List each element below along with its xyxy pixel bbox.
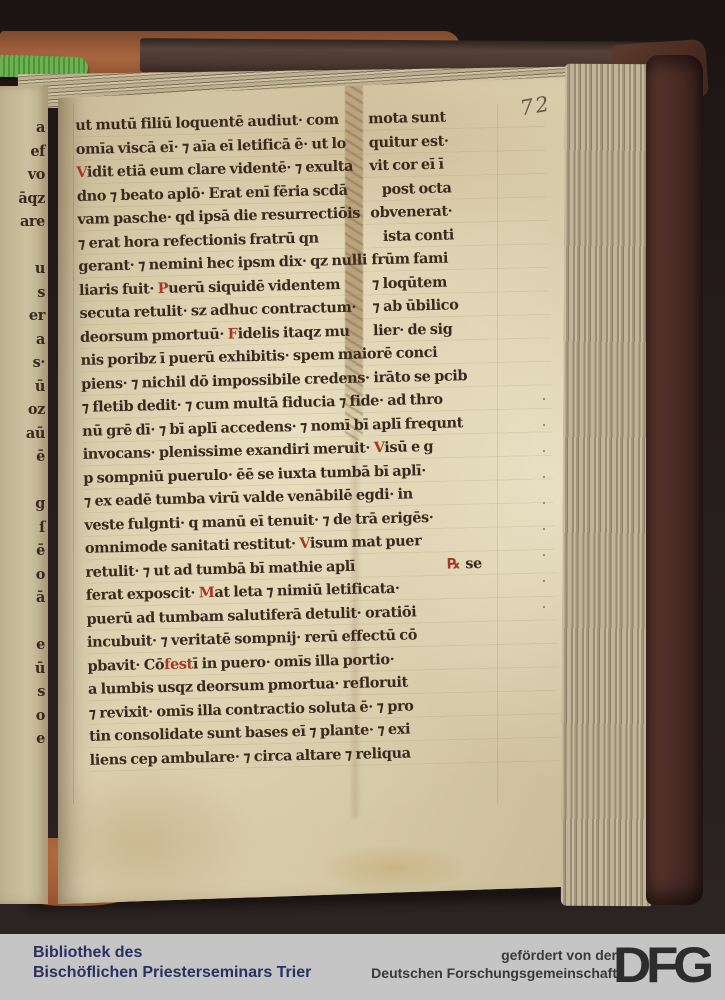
left-page-text-fragment: ſ [0, 516, 48, 540]
ink-text: liens cep ambulare· ⁊ circa altare ⁊ rel… [89, 744, 410, 768]
ink-text: vit cor eī ī [369, 153, 444, 178]
left-page-text-fragment [0, 610, 48, 634]
ink-text: deorsum pmortuū· [80, 325, 228, 345]
ink-text: ferat exposcit· [86, 584, 199, 604]
rubricated-text: F [227, 325, 237, 342]
ink-text: pbavit· Cō [87, 656, 164, 675]
left-page-sliver: aefvoāqzareuseras·ūozaūēgſēoāeūsoe [0, 86, 48, 904]
manuscript-page: 72 ut mutū filiū loquentē audiut· commot… [58, 68, 598, 910]
left-margin-ruling [73, 104, 74, 804]
ink-text: omīa viscā eī· ⁊ aīa eī letificā ē· ut l… [76, 134, 346, 157]
ink-text: ista conti [383, 223, 455, 248]
rubricated-text: V [374, 439, 385, 456]
left-page-text-fragment: e [0, 727, 48, 751]
ink-text: isū e g [384, 438, 433, 456]
left-page-text-fragment: g [0, 492, 48, 516]
rubricated-text: M [199, 584, 215, 601]
ink-text: invocans· plenissime exandiri meruit· [83, 439, 374, 463]
ink-text: gerant· ⁊ nemini hec ipsm dix· qz nulli [78, 251, 367, 275]
ink-text: vam pasche· qd ipsā die resurrectiōis [77, 205, 360, 228]
manuscript-photo: aefvoāqzareuseras·ūozaūēgſēoāeūsoe 72 ut… [0, 0, 725, 1000]
left-page-text-fragment: ā [0, 586, 48, 610]
left-page-text-fragment: ef [0, 140, 48, 164]
left-page-text-fragment: ē [0, 539, 48, 563]
ink-text: secuta retulit· sz adhuc contractum· [79, 299, 356, 322]
left-page-text-fragment: ē [0, 445, 48, 469]
left-page-text-fragment [0, 234, 48, 258]
left-page-text-fragment: ū [0, 657, 48, 681]
ink-text: post octa [382, 176, 452, 201]
dfg-logo: DFG [613, 936, 719, 994]
ink-text: ⁊ erat hora refectionis fratrū qn [78, 229, 319, 251]
left-page-text-fragment: o [0, 563, 48, 587]
ink-text: frūm fami [371, 247, 448, 272]
left-page-text-fragment: er [0, 304, 48, 328]
ink-text: dno ⁊ beato aplō· Erat enī fēria scdā [77, 181, 348, 204]
rubricated-text: V [299, 535, 310, 552]
funding-credit-line2: Deutschen Forschungsgemeinschaft [371, 964, 617, 982]
rubricated-text: V [76, 164, 87, 181]
left-page-text-fragment: vo [0, 163, 48, 187]
ink-text: uerū siquidē videntem [168, 276, 340, 297]
left-page-text-fragment: aū [0, 422, 48, 446]
ink-text: idit etiā eum clare videntē· ⁊ exulta [87, 158, 353, 181]
ink-text: obvenerat· [370, 199, 453, 224]
rubricated-text: fest [164, 655, 193, 673]
text-block: ut mutū filiū loquentē audiut· commota s… [75, 103, 560, 771]
ink-text: ⁊ loqūtem [372, 270, 448, 295]
left-page-text-fragment: oz [0, 398, 48, 422]
rubricated-text: P [157, 279, 168, 296]
ink-text: idelis itaqz mu [237, 322, 349, 342]
left-page-text-fragment: u [0, 257, 48, 281]
left-page-text-fragment: s [0, 680, 48, 704]
ink-text: at leta ⁊ nimiū letificata· [214, 580, 400, 601]
left-page-text-fragment: e [0, 633, 48, 657]
footer-bar: Bibliothek des Bischöflichen Priestersem… [0, 934, 725, 1000]
left-page-text-fragment: are [0, 210, 48, 234]
book-cover-right-edge [646, 55, 703, 905]
ink-text: mota sunt [368, 106, 446, 131]
ink-text: ī in puero· omīs illa portio· [193, 650, 395, 672]
library-name-line2: Bischöflichen Priesterseminars Trier [33, 963, 311, 983]
rubricated-text: ℞ [447, 552, 460, 576]
ink-text: se [465, 551, 482, 575]
funding-credit-line1: gefördert von der [371, 946, 617, 964]
ink-text: ⁊ ab ūbilico [372, 293, 458, 318]
fore-edge-page-stack [561, 64, 655, 906]
ink-text: isum mat puer [310, 532, 422, 552]
ink-text: ut mutū filiū loquentē audiut· com [75, 111, 339, 134]
ink-text: liaris fuit· [79, 280, 158, 299]
library-name-line1: Bibliothek des [33, 943, 311, 963]
ink-text: omnimode sanitati restitut· [85, 535, 300, 557]
left-page-text-fragment: ū [0, 375, 48, 399]
funding-credit: gefördert von der Deutschen Forschungsge… [371, 946, 617, 982]
ink-text: quitur est· [368, 129, 448, 154]
ink-text: lier· de sig [373, 317, 453, 342]
left-page-text-fragment: s [0, 281, 48, 305]
left-page-text-fragment: s· [0, 351, 48, 375]
left-page-text-fragment: a [0, 116, 48, 140]
left-page-text-fragment [0, 469, 48, 493]
left-page-text-fragment: āqz [0, 187, 48, 211]
left-page-text-fragment: a [0, 328, 48, 352]
ink-text: retulit· ⁊ ut ad tumbā bī mathie aplī [85, 557, 355, 580]
library-name: Bibliothek des Bischöflichen Priestersem… [33, 943, 311, 983]
left-page-text-fragment: o [0, 704, 48, 728]
left-page-text-fragment [0, 751, 48, 775]
